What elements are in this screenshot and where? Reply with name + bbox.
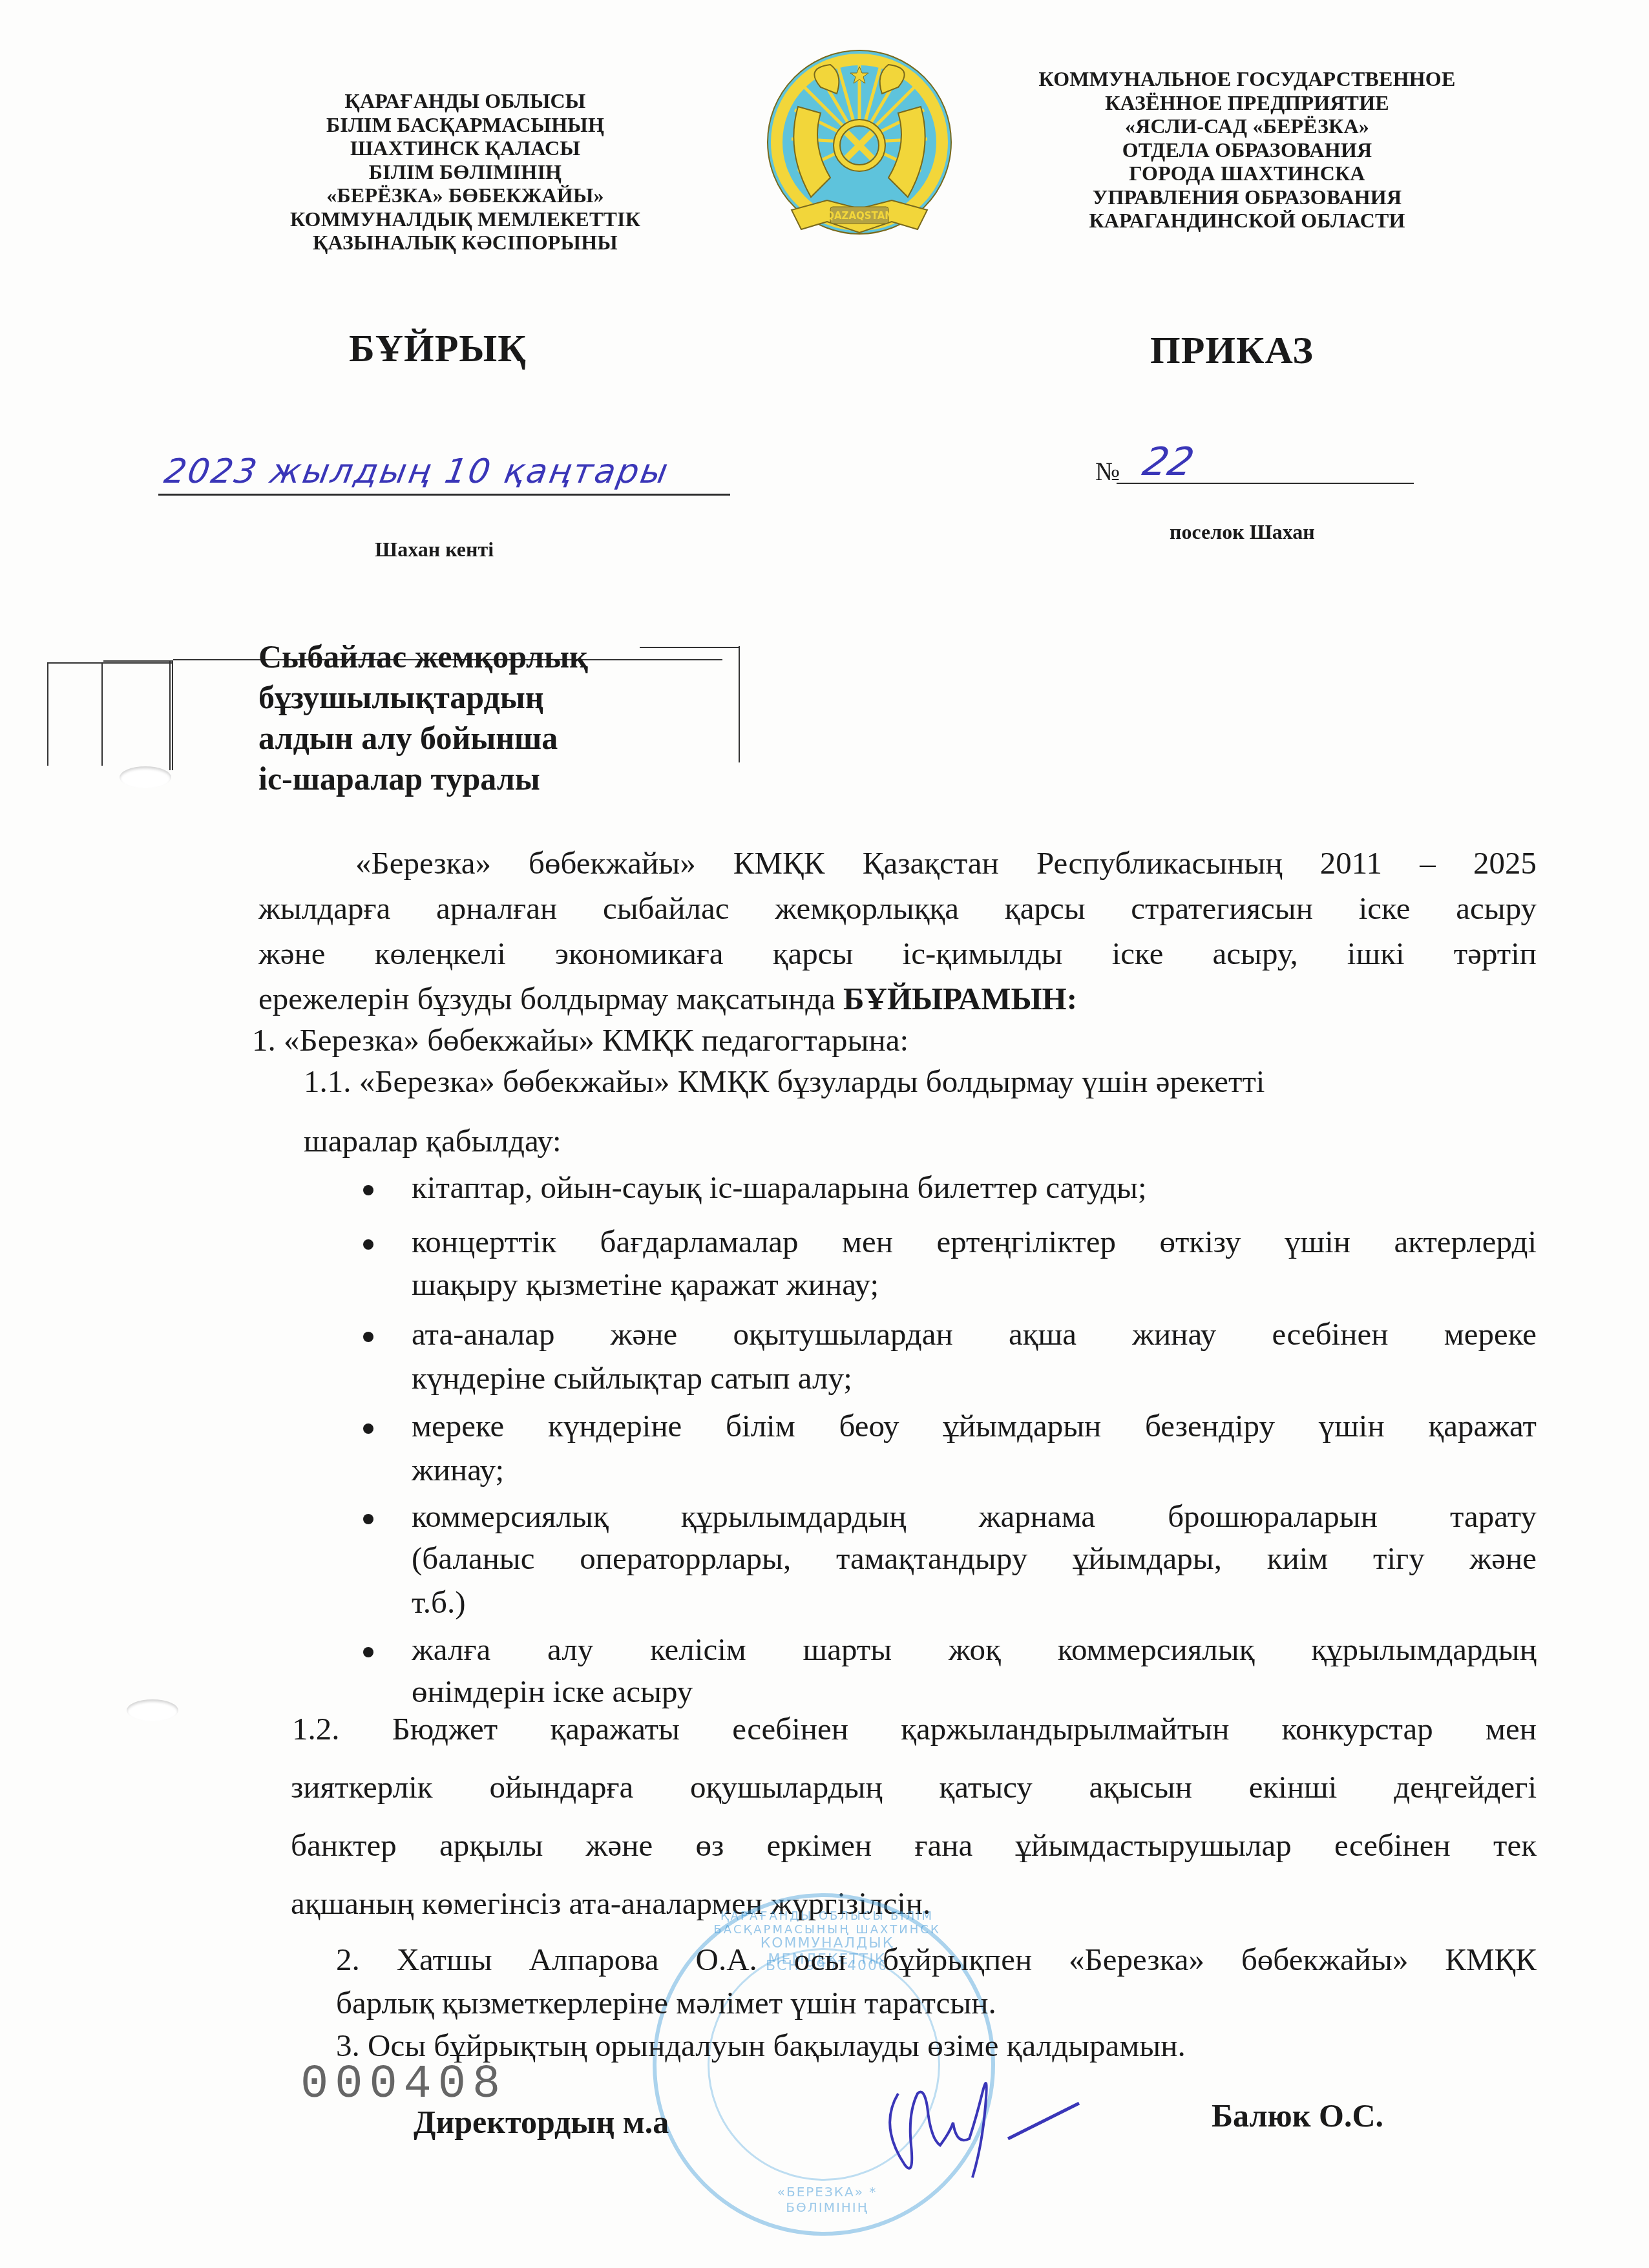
bullet-icon [363,1423,373,1434]
intro-line: жылдарға арналған сыбайлас жемқорлыққа қ… [258,890,1537,926]
place-russian: поселок Шахан [1170,520,1315,544]
header-line: БІЛІМ БӨЛІМІНІҢ [233,160,698,184]
header-line: БІЛІМ БАСҚАРМАСЫНЫҢ [233,113,698,137]
subject-line: іс-шаралар туралы [258,759,588,799]
bullet-item: кітаптар, ойын-сауық іс-шараларына билет… [412,1170,1147,1205]
intro-line: ережелерін бұзуды болдырмау мақсатында Б… [258,981,1077,1016]
stamp-text: ҚАРАҒАНДЫ ОБЛЫСЫ БІЛІМ БАСҚАРМАСЫНЫҢ ШАХ… [704,1909,950,1937]
intro-line-text: ережелерін бұзуды болдырмау мақсатында [258,981,835,1016]
bullet-icon [363,1185,373,1195]
header-kazakh: ҚАРАҒАНДЫ ОБЛЫСЫ БІЛІМ БАСҚАРМАСЫНЫҢ ШАХ… [233,89,698,255]
handwritten-signature-icon [879,2068,1086,2184]
item-2: 2. Хатшы Алпарова О.А. осы бұйрықпен «Бе… [336,1942,1537,1977]
punch-hole [127,1699,178,1721]
frame-line [101,662,103,766]
header-russian: КОММУНАЛЬНОЕ ГОСУДАРСТВЕННОЕ КАЗЁННОЕ ПР… [982,67,1512,233]
header-line: КАРАГАНДИНСКОЙ ОБЛАСТИ [982,209,1512,233]
bullet-icon [363,1647,373,1657]
bullet-icon [363,1514,373,1524]
bullet-item: жинау; [412,1452,504,1487]
item-1-2: банктер арқылы және өз еркімен ғана ұйым… [291,1827,1537,1863]
frame-line [47,662,173,664]
item-1-1: шаралар қабылдау: [304,1123,562,1159]
bullet-item: шақыру қызметіне қаражат жинау; [412,1266,879,1302]
signatory-name: Балюк О.С. [1212,2097,1383,2134]
frame-line [640,647,740,648]
frame-line [103,660,173,662]
bullet-item: т.б.) [412,1584,465,1620]
intro-line: және көлеңкелі экономикаға қарсы іс-қимы… [258,936,1537,971]
subject-line: Сыбайлас жемқорлық [258,636,588,677]
signatory-title: Директордың м.а [414,2103,669,2141]
bullet-item: жалға алу келісім шарты жоқ коммерсиялық… [412,1632,1537,1667]
number-underline [1117,483,1414,484]
bullet-item: өнімдерін іске асыру [412,1674,693,1709]
stamp-text: «БЕРЕЗКА» * БӨЛІМІНІҢ [737,2184,918,2215]
item-1-2: 1.2. Бюджет қаражаты есебінен қаржыланды… [292,1711,1537,1747]
frame-line [169,660,171,770]
subject-line: бұзушылықтардың [258,677,588,718]
header-line: УПРАВЛЕНИЯ ОБРАЗОВАНИЯ [982,185,1512,209]
bullet-item: коммерсиялық құрылымдардың жарнама брошю… [412,1498,1537,1534]
punch-hole [120,766,171,788]
header-line: КАЗЁННОЕ ПРЕДПРИЯТИЕ [982,91,1512,115]
header-line: ГОРОДА ШАХТИНСКА [982,162,1512,185]
bullet-item: концерттік бағдарламалар мен ертеңгілікт… [412,1224,1537,1259]
header-line: ҚАЗЫНАЛЫҚ КӘСІПОРЫНЫ [233,231,698,255]
bullet-icon [363,1239,373,1250]
kazakhstan-state-emblem-icon: QAZAQSTAN [759,48,966,255]
item-2: барлық қызметкерлеріне мәлімет үшін тара… [336,1985,996,2021]
bullet-item: күндеріне сыйлықтар сатып алу; [412,1360,852,1396]
item-1-2: зияткерлік ойындарға оқушылардың қатысу … [291,1769,1537,1805]
item-1: 1. «Березка» бөбекжайы» КМҚК педагогтары… [252,1022,909,1058]
doc-type-russian: ПРИКАЗ [1150,328,1314,373]
bullet-item: мереке күндеріне білім беоу ұйымдарын бе… [412,1408,1537,1444]
item-1-1: 1.1. «Березка» бөбекжайы» КМҚК бұзуларды… [304,1064,1265,1099]
header-line: ОТДЕЛА ОБРАЗОВАНИЯ [982,138,1512,162]
svg-text:QAZAQSTAN: QAZAQSTAN [826,210,893,222]
handwritten-date: 2023 жылдың 10 қаңтары [162,452,673,491]
header-line: «ЯСЛИ-САД «БЕРЁЗКА» [982,114,1512,138]
header-line: ҚАРАҒАНДЫ ОБЛЫСЫ [233,89,698,113]
bullet-item: (баланыс операторрлары, тамақтандыру ұйы… [412,1540,1537,1576]
doc-type-kazakh: БҰЙРЫҚ [349,326,527,371]
subject-line: алдын алу бойынша [258,718,588,759]
number-sign: № [1095,456,1120,487]
frame-line [172,660,173,770]
header-line: КОММУНАЛДЫҚ МЕМЛЕКЕТТІК [233,207,698,231]
order-word: БҰЙЫРАМЫН: [843,981,1077,1016]
header-line: ШАХТИНСК ҚАЛАСЫ [233,136,698,160]
header-line: «БЕРЁЗКА» БӨБЕКЖАЙЫ» [233,184,698,207]
bullet-icon [363,1332,373,1342]
order-subject: Сыбайлас жемқорлық бұзушылықтардың алдын… [258,636,588,799]
date-underline [158,494,730,496]
frame-line [47,662,48,766]
intro-line: «Березка» бөбекжайы» КМҚК Қазақстан Респ… [355,845,1537,881]
frame-line [739,646,740,762]
place-kazakh: Шахан кенті [375,538,494,562]
bullet-item: ата-аналар және оқытушылардан ақша жинау… [412,1316,1537,1352]
header-line: КОММУНАЛЬНОЕ ГОСУДАРСТВЕННОЕ [982,67,1512,91]
handwritten-order-number: 22 [1139,439,1198,485]
